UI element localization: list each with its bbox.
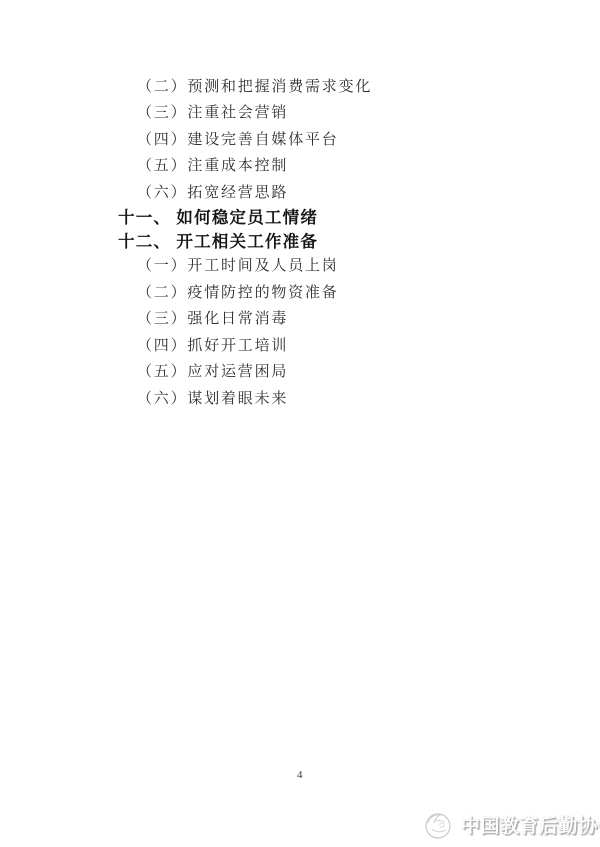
watermark: 中国教育后勤协会 [421,808,600,841]
watermark-text: 中国教育后勤协会 [461,811,600,838]
toc-item: （四）抓好开工培训 [0,331,600,358]
page-number: 4 [0,769,600,781]
toc-item: （六）谋划着眼未来 [0,384,600,411]
table-of-contents: （二）预测和把握消费需求变化 （三）注重社会营销 （四）建设完善自媒体平台 （五… [0,72,600,411]
toc-item: （六）拓宽经营思路 [0,178,600,205]
toc-chapter-item: 十二、 开工相关工作准备 [0,228,600,252]
toc-chapter-item: 十一、 如何稳定员工情绪 [0,205,600,229]
toc-item: （三）强化日常消毒 [0,305,600,332]
toc-item: （四）建设完善自媒体平台 [0,125,600,152]
toc-item: （五）注重成本控制 [0,152,600,179]
toc-item: （一）开工时间及人员上岗 [0,252,600,279]
document-page: （二）预测和把握消费需求变化 （三）注重社会营销 （四）建设完善自媒体平台 （五… [0,0,600,847]
toc-item: （三）注重社会营销 [0,99,600,126]
association-emblem-icon [421,808,454,841]
toc-item: （五）应对运营困局 [0,358,600,385]
toc-item: （二）疫情防控的物资准备 [0,278,600,305]
toc-item: （二）预测和把握消费需求变化 [0,72,600,99]
